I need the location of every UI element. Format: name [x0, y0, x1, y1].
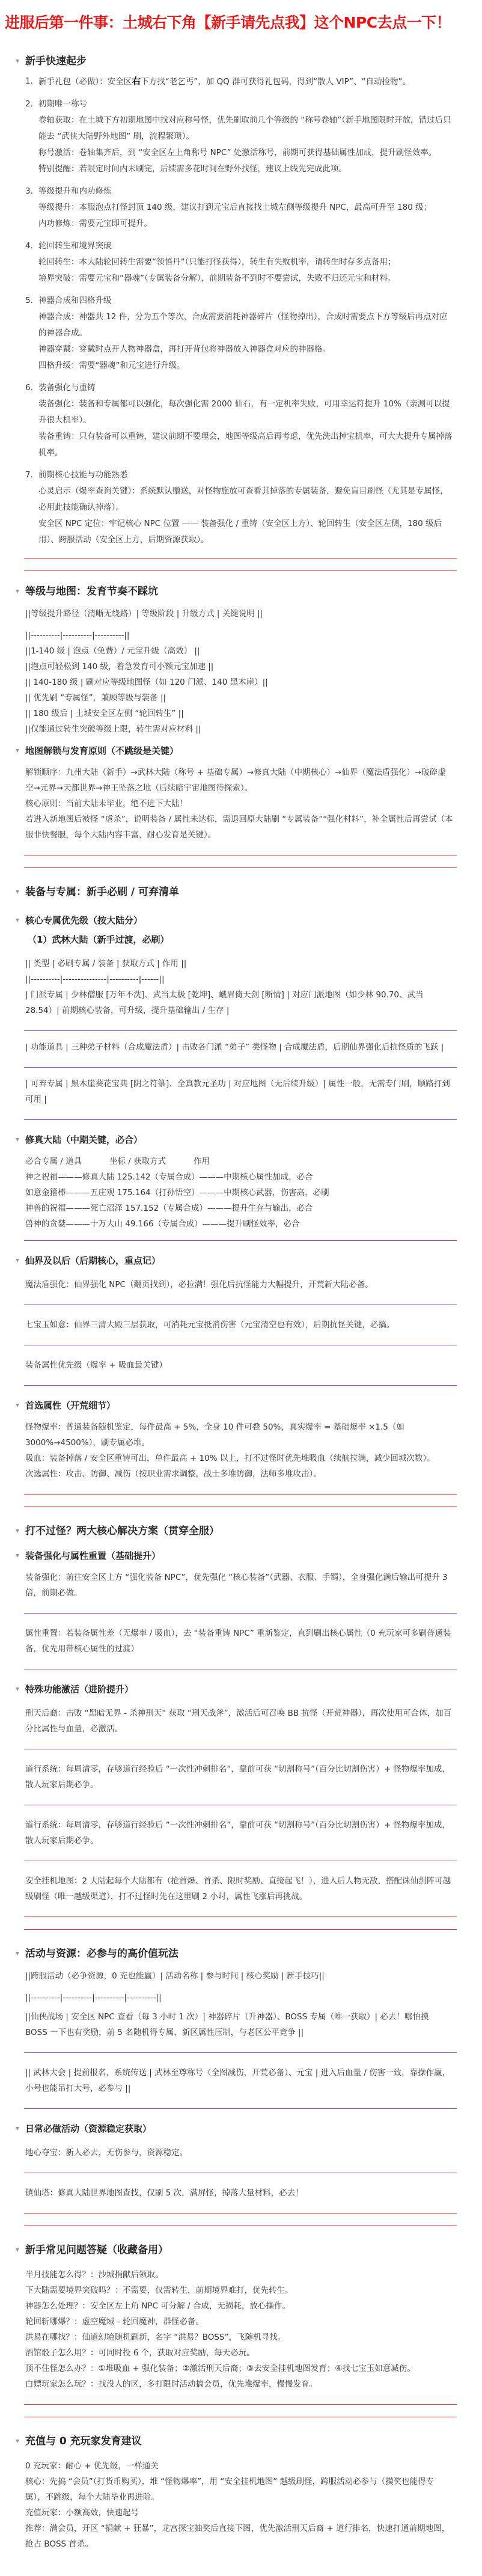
section-heading-equipment[interactable]: 装备与专属：新手必刷 / 可弃清单: [25, 884, 482, 901]
section-heading-quickstart[interactable]: 新手快速起步: [25, 53, 482, 70]
paragraph: 解锁顺序：九州大陆（新手）→武林大陆（称号 + 基础专属）→修真大陆（中期核心）…: [25, 765, 453, 796]
subsection-heading-special[interactable]: 特殊功能激活（进阶提升）: [25, 1681, 482, 1697]
collapse-triangle-icon[interactable]: [16, 749, 19, 753]
banner-title: 进服后第一件事：土城右下角【新手请先点我】这个NPC去点一下！: [0, 0, 482, 47]
table-row: || 武林大会 | 提前报名，系统传送 | 武林至尊称号（全图减伤，开荒必备）、…: [25, 2065, 453, 2096]
list-item-title: 前期核心技能与功能熟悉: [38, 467, 453, 483]
faq-item: 半月技能怎么得？：沙城捐献后领取。: [25, 2267, 453, 2283]
collapse-triangle-icon[interactable]: [16, 1404, 19, 1407]
table-row: | 门派专属 | 少林僧服 [万年不洗]、武当太极 [乾坤]、峨眉倚天剑 [断情…: [25, 987, 453, 1018]
list-item-title: 等级提升和内功修炼: [38, 183, 453, 200]
section-heading-solutions[interactable]: 打不过怪？两大核心解决方案（贯穿全服）: [25, 1523, 482, 1540]
paragraph: 核心：先搞 “会员”（打货币购买），堆 “怪物爆率”，用 “安全挂机地图” 越级…: [25, 2474, 453, 2505]
guide-page: 进服后第一件事：土城右下角【新手请先点我】这个NPC去点一下！ 新手快速起步 1…: [0, 0, 482, 2576]
table-line: || 类型 | 必刷专属 / 装备 | 获取方式 | 作用 ||: [25, 956, 453, 971]
list-item: 1. 新手礼包（必做）：安全区右下方找“老乞丐”，加 QQ 群可获得礼包码，得到…: [25, 73, 453, 90]
collapse-triangle-icon[interactable]: [16, 1952, 19, 1956]
table-row: | 功能道具 | 三种弟子材料（合成魔法盾）| 击败各门派 “弟子” 类怪物 |…: [25, 1039, 453, 1055]
subsection-heading-enhance[interactable]: 装备强化与属性重置（基础提升）: [25, 1548, 482, 1564]
paragraph: 七宝玉如意：仙界三清大殿三层获取，可消耗元宝抵消伤害（元宝清空也有效），后期抗怪…: [25, 1317, 453, 1333]
subsection-heading-map-unlock[interactable]: 地图解锁与发育原则（不跳级是关键）: [25, 743, 482, 759]
list-item: 2. 初期唯一称号 卷轴获取：在土城下方初期地图中找对应称号怪，优先刷取前几个等…: [25, 96, 453, 177]
table-line: ||泡点可轻松到 140 级，着急发育可小额元宝加速 ||: [25, 659, 453, 675]
subsection-heading-daily[interactable]: 日常必做活动（资源稳定获取）: [25, 2121, 482, 2137]
collapse-triangle-icon[interactable]: [16, 890, 19, 894]
xiuzhen-row: 如意金箍棒———五庄观 175.164（打孙悟空）———中期核心武器，伤害高，必…: [25, 1185, 453, 1201]
list-item-title: 神器合成和四格升级: [38, 293, 453, 309]
quickstart-list: 1. 新手礼包（必做）：安全区右下方找“老乞丐”，加 QQ 群可获得礼包码，得到…: [25, 73, 482, 548]
paragraph: 地心夺宝：新人必去，无伤参与，资源稳定。: [25, 2145, 453, 2161]
collapse-triangle-icon[interactable]: [16, 1138, 19, 1142]
section-heading-recharge[interactable]: 充值与 0 充玩家发育建议: [25, 2433, 482, 2450]
subsection-heading-xiuzhen[interactable]: 修真大陆（中期关键，必合）: [25, 1132, 482, 1148]
paragraph: 若进入新地图后被怪 “虐杀”，说明装备 / 属性未达标，需退回原大陆刷 “专属装…: [25, 812, 453, 843]
list-item: 6. 装备强化与重铸 装备强化：装备和专属都可以强化，每次强化需 2000 仙石…: [25, 380, 453, 461]
collapse-triangle-icon[interactable]: [16, 919, 19, 922]
paragraph: 道行系统：每周清零，存够道行经验后 “一次性冲刺排名”，靠前可获 “切割称号”（…: [25, 1761, 453, 1793]
xiuzhen-header: 必合专属 / 道具坐标 / 获取方式作用: [25, 1154, 453, 1169]
list-item: 3. 等级提升和内功修炼 等级提升：本服泡点打怪封顶 140 级，建议打到元宝后…: [25, 183, 453, 232]
faq-item: 顶不住怪怎么办？：①堆吸血 + 强化装备；②激活刑天后裔；③去安全挂机地图发育；…: [25, 2361, 453, 2376]
wulin-title: （1）武林大陆（新手过渡，必刷）: [28, 932, 482, 947]
paragraph: 核心原则：当前大陆未毕业，绝不进下大陆！: [25, 796, 453, 812]
table-row: | 可弃专属 | 黑木崖葵花宝典 [阴之符箓]、全真教元圣功 | 对应地图（无后…: [25, 1076, 453, 1107]
list-item: 7. 前期核心技能与功能熟悉 心灵启示（爆率查询关键）：系统默认赠送，对怪物施放…: [25, 467, 453, 548]
table-line: ||----------|---------------|----------|…: [25, 971, 453, 987]
paragraph: 怪物爆率：普通装备随机鉴定，每件最高 + 5%，全身 10 件可叠 50%，真实…: [25, 1419, 453, 1451]
collapse-triangle-icon[interactable]: [16, 60, 19, 63]
list-item-title: 轮回转生和境界突破: [38, 238, 453, 254]
collapse-triangle-icon[interactable]: [16, 1554, 19, 1558]
list-item: 5. 神器合成和四格升级 神器合成：神器共 12 件，分为五个等次，合成需要消耗…: [25, 293, 453, 374]
subsection-heading-xianjie[interactable]: 仙界及以后（后期核心，重点记）: [25, 1253, 482, 1268]
paragraph: 安全挂机地图：2 大陆起每个大陆都有（抢首爆、首杀、限时奖励、直接起飞！），进入…: [25, 1873, 453, 1904]
paragraph: 道行系统：每周清零，存够道行经验后 “一次性冲刺排名”，靠前可获 “切割称号”（…: [25, 1817, 453, 1849]
section-heading-levels[interactable]: 等级与地图：发育节奏不踩坑: [25, 583, 482, 600]
collapse-triangle-icon[interactable]: [16, 590, 19, 593]
faq-item: 神器怎么处理？：安全区左上角 NPC 可分解 / 合成，无损耗，放心操作。: [25, 2298, 453, 2314]
collapse-triangle-icon[interactable]: [16, 2127, 19, 2131]
list-item-title: 装备强化与重铸: [38, 380, 453, 396]
xiuzhen-row: 神之祝福———修真大陆 125.142（专属合成）———中期核心属性加成，必合: [25, 1169, 453, 1185]
faq-item: 下大陆需要境界突破吗？：不需要，仅需转生，前期境界难打，优先转生。: [25, 2283, 453, 2298]
table-line: ||----------|----------|----------||: [25, 628, 453, 643]
subsection-heading-core-exclusive[interactable]: 核心专属优先级（按大陆分）: [25, 913, 482, 928]
faq-item: 洪易在哪找？：仙道幻境随机刷新，名字 “洪易？BOSS”，飞随机寻找。: [25, 2330, 453, 2345]
subsection-heading-attributes[interactable]: 首选属性（开荒细节）: [25, 1398, 482, 1413]
section-heading-faq[interactable]: 新手常见问题答疑（收藏备用）: [25, 2242, 482, 2259]
table-line: || 180 级后 | 土城安全区左侧 “轮回转生” ||: [25, 706, 453, 721]
faq-item: 酒馆骰子怎么用？：可同时投 6 个，获取对应奖励，每天必玩。: [25, 2345, 453, 2361]
collapse-triangle-icon[interactable]: [16, 1259, 19, 1262]
paragraph: 装备属性优先级（爆率 + 吸血最关键）: [25, 1357, 453, 1373]
faq-item: 白嫖玩家怎么玩？：找没人的区，多打限时活动搞会员，优先堆爆率，慢慢发育。: [25, 2376, 453, 2392]
table-line: || 140-180 级 | 刷对应等级地图怪（如 120 门派、140 黑木崖…: [25, 675, 453, 690]
table-line: || 优先刷 “专属怪”，兼顾等级与装备 ||: [25, 690, 453, 706]
list-item: 4. 轮回转生和境界突破 轮回转生：本大陆轮回转生需要“领悟丹”（只能打怪获得）…: [25, 238, 453, 287]
table-row: ||仙侠战场 | 安全区 NPC 查看（每 3 小时 1 次）| 神器碎片（升神…: [25, 2009, 453, 2040]
table-line: ||跨服活动（必争资源，0 充也能赢）| 活动名称 | 参与时间 | 核心奖励 …: [25, 1968, 453, 1984]
paragraph: 推荐：满会员，开区 “捐献 + 狂暴”，龙宫探宝抽奖后直接下图，优先激活刑天后裔…: [25, 2521, 453, 2552]
paragraph: 装备强化：前往安全区上方 “强化装备 NPC”，优先强化 “核心装备”（武器、衣…: [25, 1570, 453, 1601]
table-line: ||仅能通过转生突破等级上限，转生需对应材料 ||: [25, 721, 453, 737]
paragraph: 0 充玩家：耐心 + 优先级，一样通关: [25, 2458, 453, 2474]
collapse-triangle-icon[interactable]: [16, 2440, 19, 2443]
paragraph: 吸血：装备掉落 / 安全区重铸可出，单件最高 + 10% 以上，打不过怪时优先堆…: [25, 1451, 453, 1466]
paragraph: 属性重置：若装备属性差（无爆率 / 吸血），去 “装备重铸 NPC” 重新鉴定，…: [25, 1626, 453, 1657]
paragraph: 魔法盾强化：仙界强化 NPC（翻页找到），必拉满！强化后抗怪能力大幅提升，开荒新…: [25, 1277, 453, 1293]
paragraph: 刑天后裔：击败 “黑暗无界 - 杀神刑天” 获取 “刑天战斧”，激活后可召唤 B…: [25, 1706, 453, 1737]
paragraph: 镇仙塔：修真大陆世界地图查找，仅刷 5 次，满屏怪，掉落大量材料，必去！: [25, 2185, 453, 2201]
paragraph: 次选属性：攻击、防御、减伤（按职业需求调整，战士多堆防御，法师多堆攻击）。: [25, 1466, 453, 1482]
paragraph: 充值玩家：小额高效，快速起号: [25, 2505, 453, 2521]
collapse-triangle-icon[interactable]: [16, 1687, 19, 1691]
xiuzhen-row: 兽神的贪婪———十万大山 49.166（专属合成）———提升刷怪效率，必合: [25, 1216, 453, 1232]
collapse-triangle-icon[interactable]: [16, 2248, 19, 2252]
collapse-triangle-icon[interactable]: [16, 1529, 19, 1533]
table-line: ||等级提升路径（清晰无绕路）| 等级阶段 | 升级方式 | 关键说明 ||: [25, 606, 453, 622]
faq-item: 轮回斩哪爆？：虚空魔域 - 轮回魔神，群怪必备。: [25, 2314, 453, 2330]
table-line: ||1-140 级 | 泡点（免费）/ 元宝升级（高效） ||: [25, 643, 453, 659]
list-item-title: 初期唯一称号: [38, 96, 453, 112]
section-heading-activities[interactable]: 活动与资源：必参与的高价值玩法: [25, 1945, 482, 1962]
table-line: ||----------|----------|----------|-----…: [25, 1990, 453, 2005]
bold-highlight: 右: [132, 76, 141, 87]
xiuzhen-row: 神兽的祝福———死亡沼泽 157.152（专属合成）———提升生存与输出，必合: [25, 1201, 453, 1216]
